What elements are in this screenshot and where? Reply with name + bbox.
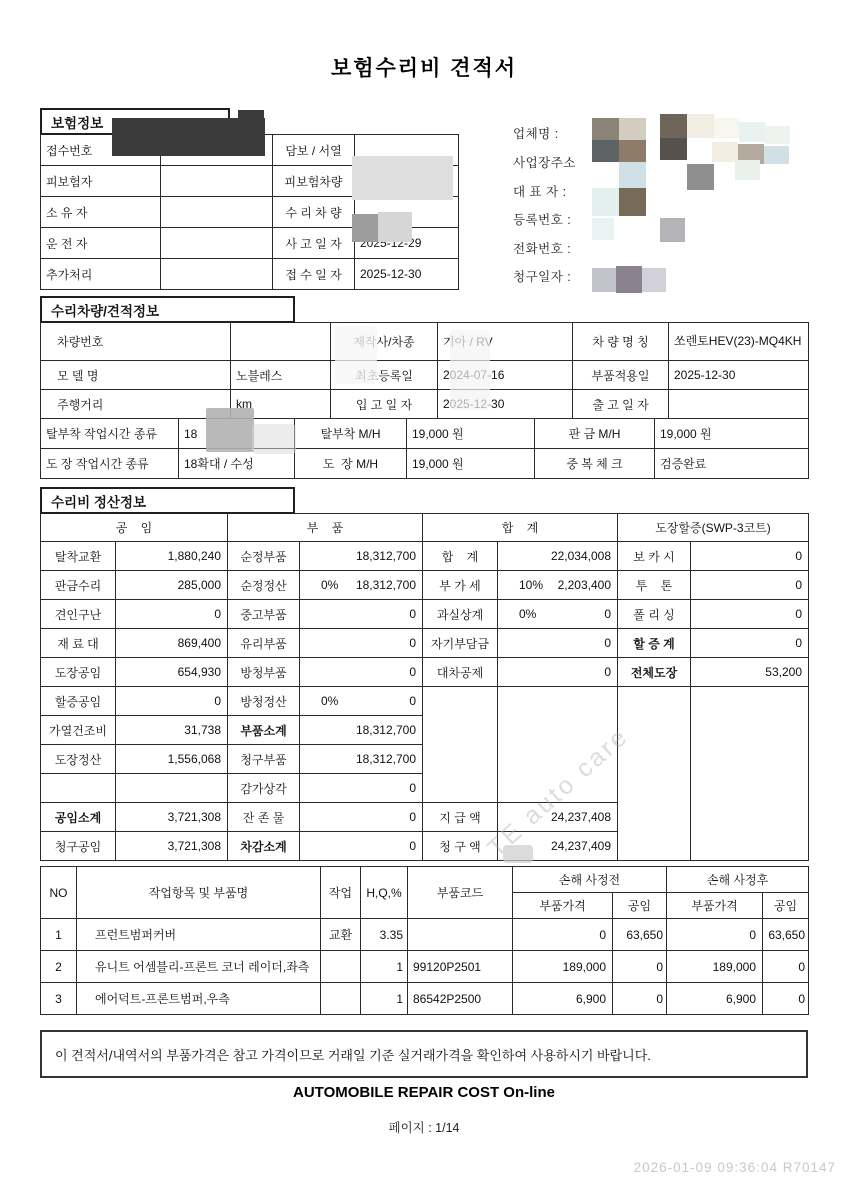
- item-hq: 1: [361, 983, 408, 1015]
- item-labor-before: 0: [613, 983, 667, 1015]
- item-price-after: 6,900: [667, 983, 763, 1015]
- amount: 0: [116, 687, 228, 716]
- field-value: [161, 259, 273, 290]
- field-label: 차 량 명 칭: [573, 323, 669, 361]
- amount: 0: [300, 832, 423, 861]
- field-label: 입 고 일 자: [331, 390, 438, 419]
- empty-cell: [691, 687, 809, 861]
- redaction-black-bar: [238, 110, 264, 124]
- field-value: [161, 228, 273, 259]
- page-number: 페이지 : 1/14: [0, 1118, 848, 1136]
- item-labor-before: 63,650: [613, 919, 667, 951]
- amount: 0: [691, 542, 809, 571]
- field-value: [161, 166, 273, 197]
- company-address-label: 사업장주소: [513, 153, 576, 171]
- col-header-hq: H,Q,%: [361, 867, 408, 919]
- field-label: 중고부품: [228, 600, 300, 629]
- parts-subtotal-amount: 18,312,700: [300, 716, 423, 745]
- col-header-labor: 공임: [613, 893, 667, 919]
- field-label: 전체도장: [618, 658, 691, 687]
- labor-subtotal-amount: 3,721,308: [116, 803, 228, 832]
- table-row: 견인구난 0 중고부품 0 과실상계 0%0 폴 리 싱 0: [41, 600, 809, 629]
- field-label: 도 장 작업시간 종류: [41, 449, 179, 479]
- item-name: 유니트 어셈블리-프론트 코너 레이더,좌측: [77, 951, 321, 983]
- field-label: 재 료 대: [41, 629, 116, 658]
- table-row: 도장공임 654,930 방청부품 0 대차공제 0 전체도장 53,200: [41, 658, 809, 687]
- group-header-total: 합 계: [423, 514, 618, 542]
- blur-smudge: [335, 326, 377, 384]
- field-label: 운 전 자: [41, 228, 161, 259]
- amount: 18,312,700: [300, 745, 423, 774]
- amount: 869,400: [116, 629, 228, 658]
- field-label: 잔 존 물: [228, 803, 300, 832]
- table-row: 할증공임 0 방청정산 0%0: [41, 687, 809, 716]
- item-part-code: 86542P2500: [408, 983, 513, 1015]
- item-work-type: [321, 983, 361, 1015]
- field-label: 청구부품: [228, 745, 300, 774]
- remove-install-mh-value: 19,000 원: [407, 419, 535, 449]
- settlement-table: 공 임 부 품 합 계 도장할증(SWP-3코트) 탈착교환 1,880,240…: [40, 513, 809, 861]
- redaction-gray-block: [378, 212, 412, 242]
- col-header-work: 작업: [321, 867, 361, 919]
- vehicle-section-title: 수리차량/견적정보: [40, 296, 295, 323]
- field-label: 대차공제: [423, 658, 498, 687]
- field-label: 사 고 일 자: [273, 228, 355, 259]
- field-label: 자기부담금: [423, 629, 498, 658]
- col-header-no: NO: [41, 867, 77, 919]
- item-hq: 1: [361, 951, 408, 983]
- field-label: 탈부착 작업시간 종류: [41, 419, 179, 449]
- empty-cell: [618, 687, 691, 861]
- amount: 0%0: [300, 687, 423, 716]
- vehicle-table-bottom: 탈부착 작업시간 종류 18 탈부착 M/H 19,000 원 판 금 M/H …: [40, 418, 809, 479]
- empty-cell: [41, 774, 116, 803]
- redaction-gray-block: [352, 214, 378, 242]
- field-label: 소 유 자: [41, 197, 161, 228]
- field-label: 청 구 액: [423, 832, 498, 861]
- group-header-paint-extra: 도장할증(SWP-3코트): [618, 514, 809, 542]
- field-label: 방청정산: [228, 687, 300, 716]
- item-labor-after: 0: [763, 983, 809, 1015]
- item-no: 3: [41, 983, 77, 1015]
- amount: 0%18,312,700: [300, 571, 423, 600]
- field-label: 할증공임: [41, 687, 116, 716]
- field-label: 순정정산: [228, 571, 300, 600]
- representative-label: 대 표 자 :: [513, 182, 567, 200]
- vehicle-name-value: 쏘렌토HEV(23)-MQ4KH: [669, 323, 809, 361]
- field-label: 부품적용일: [573, 361, 669, 390]
- item-price-before: 6,900: [513, 983, 613, 1015]
- item-part-code: [408, 919, 513, 951]
- amount: 18,312,700: [300, 542, 423, 571]
- field-label: 추가처리: [41, 259, 161, 290]
- item-hq: 3.35: [361, 919, 408, 951]
- paint-mh-value: 19,000 원: [407, 449, 535, 479]
- empty-cell: [116, 774, 228, 803]
- settlement-group-header-row: 공 임 부 품 합 계 도장할증(SWP-3코트): [41, 514, 809, 542]
- col-header-before-assessment: 손해 사정전: [513, 867, 667, 893]
- item-name: 에어덕트-프론트범퍼,우측: [77, 983, 321, 1015]
- field-label: 지 급 액: [423, 803, 498, 832]
- notice-box: 이 견적서/내역서의 부품가격은 참고 가격이므로 거래일 기준 실거래가격을 …: [40, 1030, 808, 1078]
- field-label: 방청부품: [228, 658, 300, 687]
- item-no: 2: [41, 951, 77, 983]
- field-label: 도장공임: [41, 658, 116, 687]
- work-items-table: NO 작업항목 및 부품명 작업 H,Q,% 부품코드 손해 사정전 손해 사정…: [40, 866, 809, 1015]
- parts-apply-date-value: 2025-12-30: [669, 361, 809, 390]
- table-row: 탈착교환 1,880,240 순정부품 18,312,700 합 계 22,03…: [41, 542, 809, 571]
- amount: 0: [498, 658, 618, 687]
- field-label: 공임소계: [41, 803, 116, 832]
- table-row: 모 델 명 노블레스 최초등록일 2024-07-16 부품적용일 2025-1…: [41, 361, 809, 390]
- field-label: 담보 / 서열: [273, 135, 355, 166]
- table-row: 판금수리 285,000 순정정산 0%18,312,700 부 가 세 10%…: [41, 571, 809, 600]
- table-row: 탈부착 작업시간 종류 18 탈부착 M/H 19,000 원 판 금 M/H …: [41, 419, 809, 449]
- item-row: 2 유니트 어셈블리-프론트 코너 레이더,좌측 1 99120P2501 18…: [41, 951, 809, 983]
- payment-amount: 24,237,408: [498, 803, 618, 832]
- col-header-name: 작업항목 및 부품명: [77, 867, 321, 919]
- field-label: 폴 리 싱: [618, 600, 691, 629]
- field-label: 청구공임: [41, 832, 116, 861]
- table-row: 추가처리 접 수 일 자 2025-12-30: [41, 259, 459, 290]
- table-row: 도 장 작업시간 종류 18확대 / 수성 도 장 M/H 19,000 원 중…: [41, 449, 809, 479]
- col-header-part-price: 부품가격: [667, 893, 763, 919]
- col-header-part-price: 부품가격: [513, 893, 613, 919]
- field-label: 중 복 체 크: [535, 449, 655, 479]
- amount: 0: [116, 600, 228, 629]
- field-label: 출 고 일 자: [573, 390, 669, 419]
- field-label: 보 카 시: [618, 542, 691, 571]
- field-label: 투 톤: [618, 571, 691, 600]
- phone-number-label: 전화번호 :: [513, 239, 571, 257]
- empty-cell: [423, 687, 498, 803]
- total-paint-amount: 53,200: [691, 658, 809, 687]
- amount: 31,738: [116, 716, 228, 745]
- grand-total-amount: 22,034,008: [498, 542, 618, 571]
- table-row: 차량번호 제작사/차종 기아 / RV 차 량 명 칭 쏘렌토HEV(23)-M…: [41, 323, 809, 361]
- item-labor-after: 0: [763, 951, 809, 983]
- field-label: 부품소계: [228, 716, 300, 745]
- item-row: 1 프런트범퍼커버 교환 3.35 0 63,650 0 63,650: [41, 919, 809, 951]
- out-date-value: [669, 390, 809, 419]
- amount: 0: [691, 600, 809, 629]
- table-row: 주행거리 km 입 고 일 자 2025-12-30 출 고 일 자: [41, 390, 809, 419]
- field-label: 차량번호: [41, 323, 231, 361]
- amount: 285,000: [116, 571, 228, 600]
- amount: 3,721,308: [116, 832, 228, 861]
- sheet-metal-mh-value: 19,000 원: [655, 419, 809, 449]
- col-header-labor: 공임: [763, 893, 809, 919]
- footer-brand: AUTOMOBILE REPAIR COST On-line: [0, 1084, 848, 1101]
- amount: 0: [691, 629, 809, 658]
- amount: 0%0: [498, 600, 618, 629]
- table-row: 재 료 대 869,400 유리부품 0 자기부담금 0 할 증 계 0: [41, 629, 809, 658]
- reception-date-value: 2025-12-30: [355, 259, 459, 290]
- amount: 1,880,240: [116, 542, 228, 571]
- model-name-value: 노블레스: [231, 361, 331, 390]
- field-value: [161, 197, 273, 228]
- amount: 0: [498, 629, 618, 658]
- item-work-type: [321, 951, 361, 983]
- field-label: 수 리 차 량: [273, 197, 355, 228]
- field-label: 도 장 M/H: [295, 449, 407, 479]
- billing-date-label: 청구일자 :: [513, 267, 571, 285]
- amount: 654,930: [116, 658, 228, 687]
- field-label: 피보험자: [41, 166, 161, 197]
- vehicle-table-top: 차량번호 제작사/차종 기아 / RV 차 량 명 칭 쏘렌토HEV(23)-M…: [40, 322, 809, 419]
- field-label: 주행거리: [41, 390, 231, 419]
- field-label: 판금수리: [41, 571, 116, 600]
- item-work-type: 교환: [321, 919, 361, 951]
- company-name-label: 업체명 :: [513, 124, 559, 142]
- print-timestamp: 2026-01-09 09:36:04 R70147: [634, 1160, 836, 1175]
- item-no: 1: [41, 919, 77, 951]
- item-price-before: 189,000: [513, 951, 613, 983]
- document-title: 보험수리비 견적서: [0, 52, 848, 82]
- item-price-before: 0: [513, 919, 613, 951]
- amount: 0: [300, 600, 423, 629]
- empty-cell: [498, 687, 618, 803]
- amount: 1,556,068: [116, 745, 228, 774]
- field-label: 견인구난: [41, 600, 116, 629]
- field-label: 차감소계: [228, 832, 300, 861]
- vat-amount: 10%2,203,400: [498, 571, 618, 600]
- field-value: [231, 323, 331, 361]
- field-label: 순정부품: [228, 542, 300, 571]
- company-info-redaction-mosaic: [585, 110, 825, 295]
- field-label: 피보험차량: [273, 166, 355, 197]
- field-label: 유리부품: [228, 629, 300, 658]
- items-header-row: NO 작업항목 및 부품명 작업 H,Q,% 부품코드 손해 사정전 손해 사정…: [41, 867, 809, 893]
- col-header-code: 부품코드: [408, 867, 513, 919]
- settlement-section-title: 수리비 정산정보: [40, 487, 295, 514]
- item-labor-before: 0: [613, 951, 667, 983]
- field-label: 탈부착 M/H: [295, 419, 407, 449]
- item-labor-after: 63,650: [763, 919, 809, 951]
- field-label: 도장정산: [41, 745, 116, 774]
- field-label: 가열건조비: [41, 716, 116, 745]
- item-price-after: 189,000: [667, 951, 763, 983]
- blur-smudge: [450, 330, 490, 410]
- field-label: 과실상계: [423, 600, 498, 629]
- document-page: 보험수리비 견적서 보험정보 접수번호 담보 / 서열 피보험자 피보험차량 소…: [0, 0, 848, 1200]
- amount: 0: [691, 571, 809, 600]
- field-label: 접 수 일 자: [273, 259, 355, 290]
- field-label: 판 금 M/H: [535, 419, 655, 449]
- group-header-parts: 부 품: [228, 514, 423, 542]
- col-header-after-assessment: 손해 사정후: [667, 867, 809, 893]
- field-label: 합 계: [423, 542, 498, 571]
- duplicate-check-value: 검증완료: [655, 449, 809, 479]
- item-part-code: 99120P2501: [408, 951, 513, 983]
- field-label: 할 증 계: [618, 629, 691, 658]
- amount: 0: [300, 774, 423, 803]
- field-label: 부 가 세: [423, 571, 498, 600]
- amount: 0: [300, 658, 423, 687]
- item-row: 3 에어덕트-프론트범퍼,우측 1 86542P2500 6,900 0 6,9…: [41, 983, 809, 1015]
- notice-text: 이 견적서/내역서의 부품가격은 참고 가격이므로 거래일 기준 실거래가격을 …: [55, 1045, 651, 1064]
- field-label: 감가상각: [228, 774, 300, 803]
- blur-smudge: [252, 424, 296, 454]
- item-price-after: 0: [667, 919, 763, 951]
- field-label: 탈착교환: [41, 542, 116, 571]
- redaction-gray-block: [352, 156, 453, 200]
- blur-smudge: [503, 845, 533, 863]
- amount: 0: [300, 803, 423, 832]
- registration-number-label: 등록번호 :: [513, 210, 571, 228]
- item-name: 프런트범퍼커버: [77, 919, 321, 951]
- amount: 0: [300, 629, 423, 658]
- blur-smudge: [206, 408, 254, 452]
- field-label: 모 델 명: [41, 361, 231, 390]
- group-header-labor: 공 임: [41, 514, 228, 542]
